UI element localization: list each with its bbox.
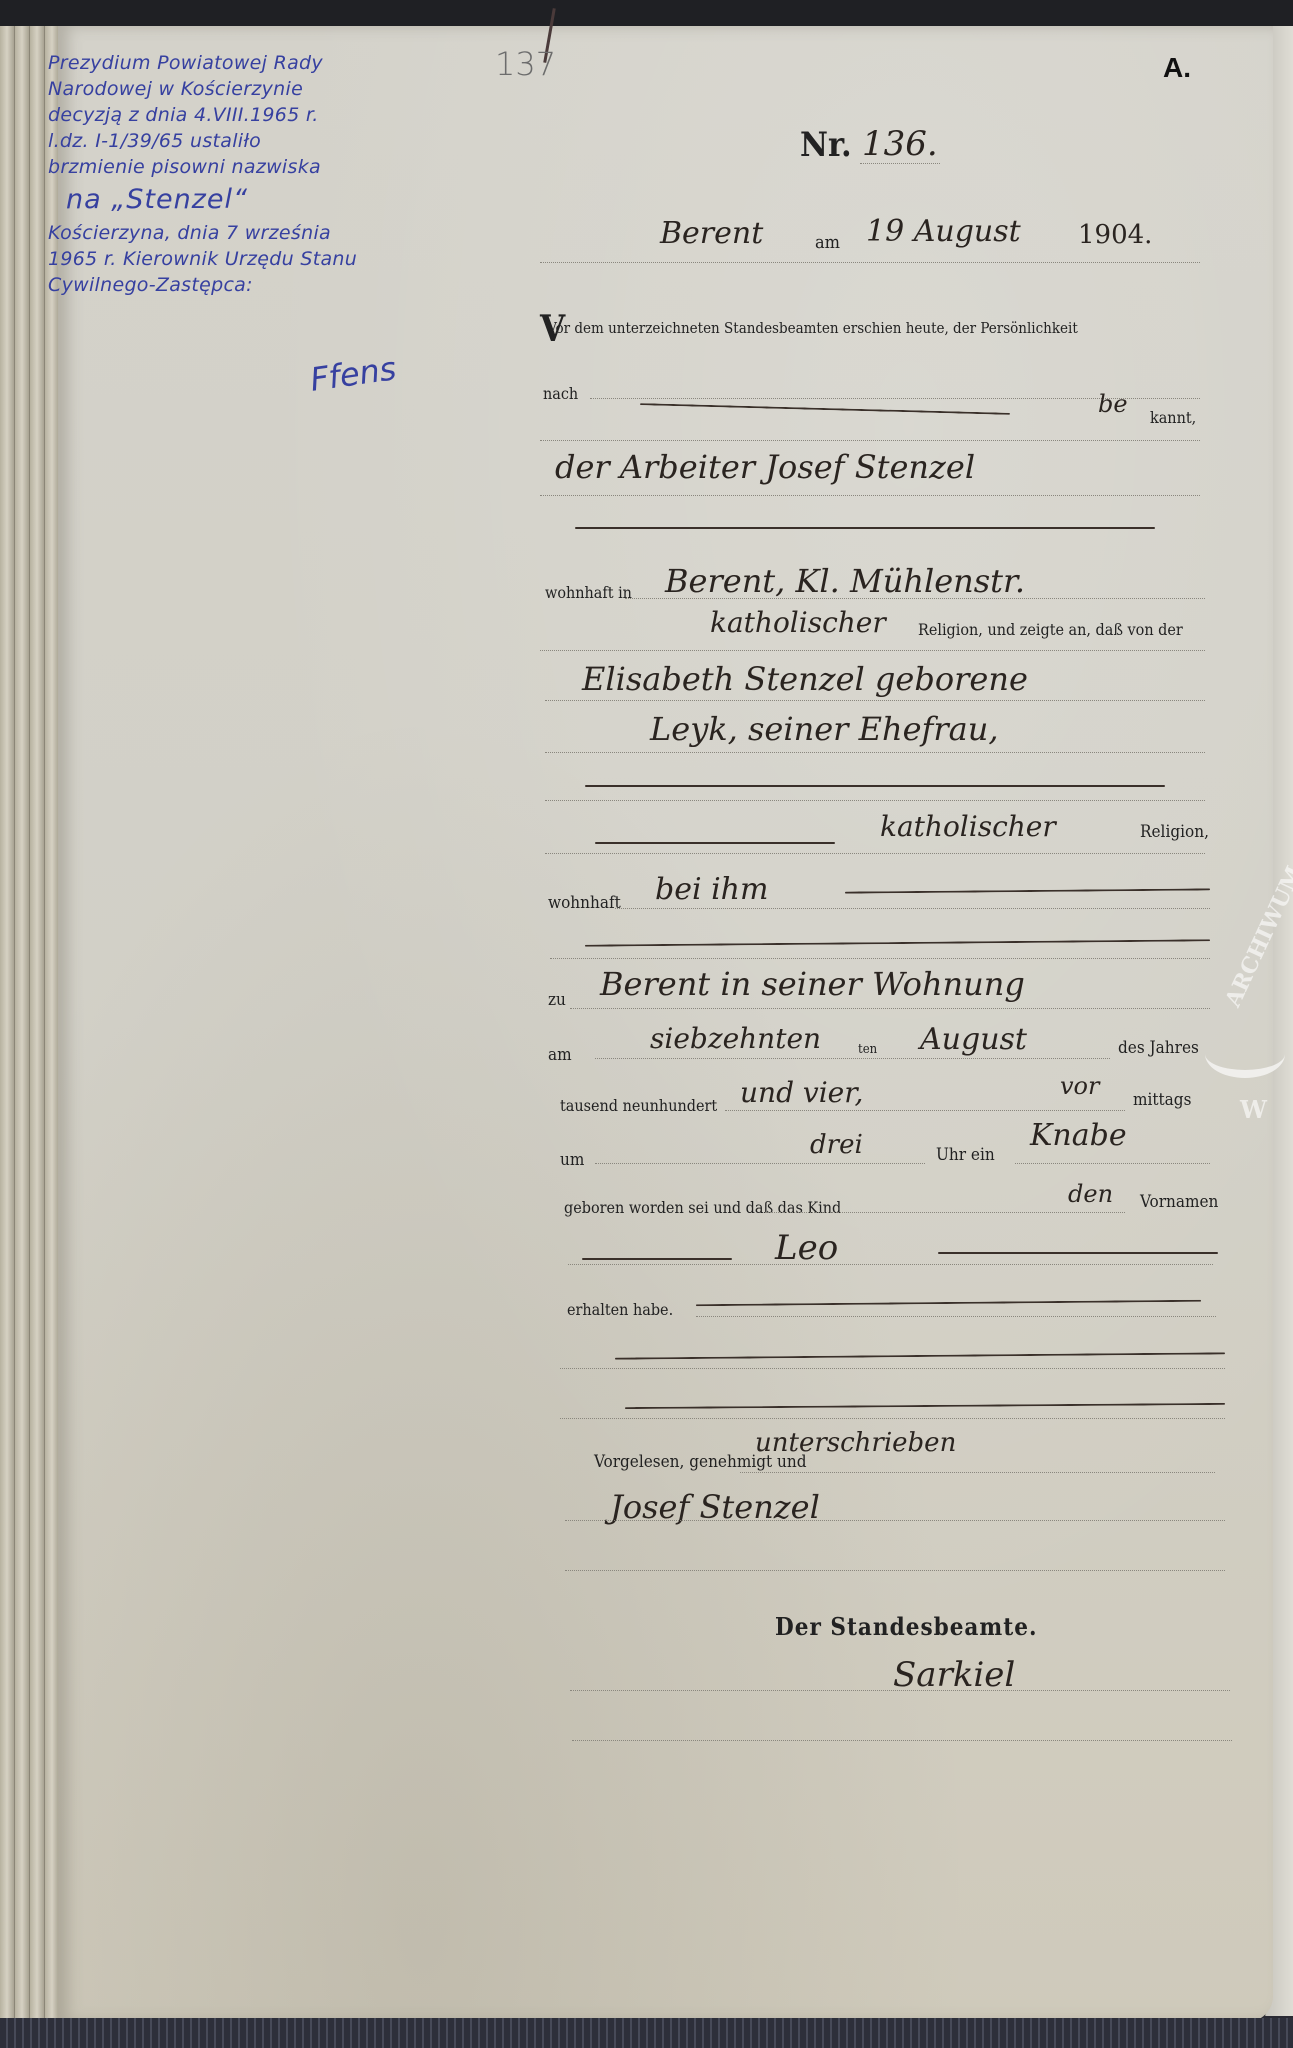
form-type-letter: A.: [1163, 52, 1191, 84]
birth-month: August: [920, 1022, 1027, 1057]
marginal-annotation: Prezydium Powiatowej Rady Narodowej w Ko…: [48, 50, 488, 298]
erhalten-label: erhalten habe.: [567, 1300, 673, 1319]
dotted-line: [595, 1163, 925, 1164]
annotation-line: Kościerzyna, dnia 7 września: [48, 220, 488, 246]
page-leaf: [0, 26, 15, 2021]
watermark-initials: W G: [1240, 1095, 1293, 1124]
am-label: am: [815, 232, 840, 253]
registration-year: 1904.: [1078, 220, 1152, 250]
ten-label: ten: [858, 1042, 877, 1057]
mother-religion: katholischer: [880, 810, 1056, 843]
zu-label: zu: [548, 990, 566, 1010]
religion-clause: Religion, und zeigte an, daß von der: [918, 620, 1183, 639]
dotted-line: [765, 1212, 1125, 1213]
dotted-line: [568, 1264, 1213, 1265]
archive-watermark: ARCHIWUM W G: [1210, 880, 1293, 1200]
dotted-line: [560, 1368, 1225, 1369]
uhr-ein-label: Uhr ein: [936, 1145, 995, 1165]
dotted-line: [570, 1690, 1230, 1691]
ink-strike-line: [575, 527, 1155, 529]
wohnhaft-label: wohnhaft: [548, 893, 621, 913]
am-date-label: am: [548, 1045, 572, 1065]
ink-strike-line: [582, 1258, 732, 1260]
mother-maiden-name: Leyk, seiner Ehefrau,: [650, 710, 999, 748]
annotation-line: Narodowej w Kościerzynie: [48, 76, 488, 102]
dotted-line: [565, 1570, 1225, 1571]
dotted-line: [545, 853, 1205, 854]
dotted-line: [595, 1058, 1110, 1059]
birth-day: siebzehnten: [650, 1022, 821, 1055]
dotted-line: [615, 908, 1210, 909]
intro-text: VVor dem unterzeichneten Standesbeamten …: [540, 308, 1078, 350]
annotation-line: Prezydium Powiatowej Rady: [48, 50, 488, 76]
um-label: um: [560, 1150, 584, 1170]
unterschrieben-value: unterschrieben: [755, 1428, 956, 1458]
dotted-line: [550, 958, 1210, 959]
dotted-line: [696, 1316, 1216, 1317]
dotted-line: [740, 1472, 1215, 1473]
mother-residence: bei ihm: [655, 872, 768, 907]
registration-place: Berent: [660, 216, 763, 251]
kannt-prefix: be: [1098, 390, 1128, 418]
dotted-line: [860, 163, 940, 164]
annotation-line: 1965 r. Kierownik Urzędu Stanu: [48, 246, 488, 272]
annotation-line: decyzją z dnia 4.VIII.1965 r.: [48, 102, 488, 128]
dotted-line: [545, 752, 1205, 753]
dotted-line: [560, 1418, 1225, 1419]
religion-label: Religion,: [1140, 822, 1209, 842]
dotted-line: [725, 1110, 1125, 1111]
dotted-line: [1015, 1163, 1210, 1164]
dotted-line: [540, 440, 1200, 441]
nach-label: nach: [543, 384, 578, 403]
dotted-line: [625, 598, 1205, 599]
official-heading: Der Standesbeamte.: [775, 1612, 1038, 1641]
child-sex: Knabe: [1030, 1118, 1127, 1153]
birth-hour: drei: [810, 1130, 863, 1160]
des-jahres-label: des Jahres: [1118, 1038, 1199, 1058]
birth-year-words: und vier,: [740, 1076, 863, 1109]
ink-strike-line: [585, 785, 1165, 787]
child-name: Leo: [775, 1228, 838, 1268]
vornamen-label: Vornamen: [1140, 1192, 1218, 1212]
pencil-page-number: 137: [495, 45, 556, 83]
wohnhaft-in-label: wohnhaft in: [545, 583, 632, 602]
den-value: den: [1068, 1180, 1113, 1208]
annotation-line: l.dz. I-1/39/65 ustaliło: [48, 128, 488, 154]
page-leaf: [15, 26, 30, 2021]
page-leaf: [30, 26, 45, 2021]
watermark-arc-text: ARCHIWUM: [1220, 862, 1293, 1011]
tausend-label: tausend neunhundert: [560, 1096, 717, 1115]
annotation-line: brzmienie pisowni nazwiska: [48, 154, 488, 180]
official-signature: Sarkiel: [893, 1655, 1015, 1695]
birth-place: Berent in seiner Wohnung: [600, 965, 1025, 1003]
dotted-line: [565, 1520, 1225, 1521]
dotted-line: [540, 262, 1200, 263]
dotted-line: [570, 1008, 1210, 1009]
dotted-line: [540, 650, 1205, 651]
informant-religion: katholischer: [710, 606, 886, 639]
geboren-label: geboren worden sei und daß das Kind: [564, 1198, 841, 1217]
vor-value: vor: [1060, 1072, 1099, 1100]
dotted-line: [545, 700, 1205, 701]
intro-text-body: Vor dem unterzeichneten Standesbeamten e…: [547, 319, 1078, 337]
watermark-book-icon: [1205, 1030, 1285, 1078]
registration-date: 19 August: [866, 214, 1021, 249]
informant-name: der Arbeiter Josef Stenzel: [555, 448, 975, 486]
dotted-line: [540, 495, 1200, 496]
record-number: 136.: [862, 124, 938, 164]
book-bottom-edge: [0, 2018, 1293, 2048]
mother-name: Elisabeth Stenzel geborene: [582, 660, 1028, 698]
annotation-surname: na „Stenzel“: [48, 180, 488, 220]
dotted-line: [572, 1740, 1232, 1741]
dotted-line: [545, 800, 1205, 801]
informant-residence: Berent, Kl. Mühlenstr.: [665, 562, 1025, 600]
ink-strike-line: [938, 1252, 1218, 1254]
ink-strike-line: [595, 842, 835, 844]
kannt-label: kannt,: [1150, 408, 1196, 427]
mittags-label: mittags: [1133, 1090, 1191, 1110]
annotation-line: Cywilnego-Zastępca:: [48, 272, 488, 298]
nr-label: Nr.: [800, 125, 852, 165]
